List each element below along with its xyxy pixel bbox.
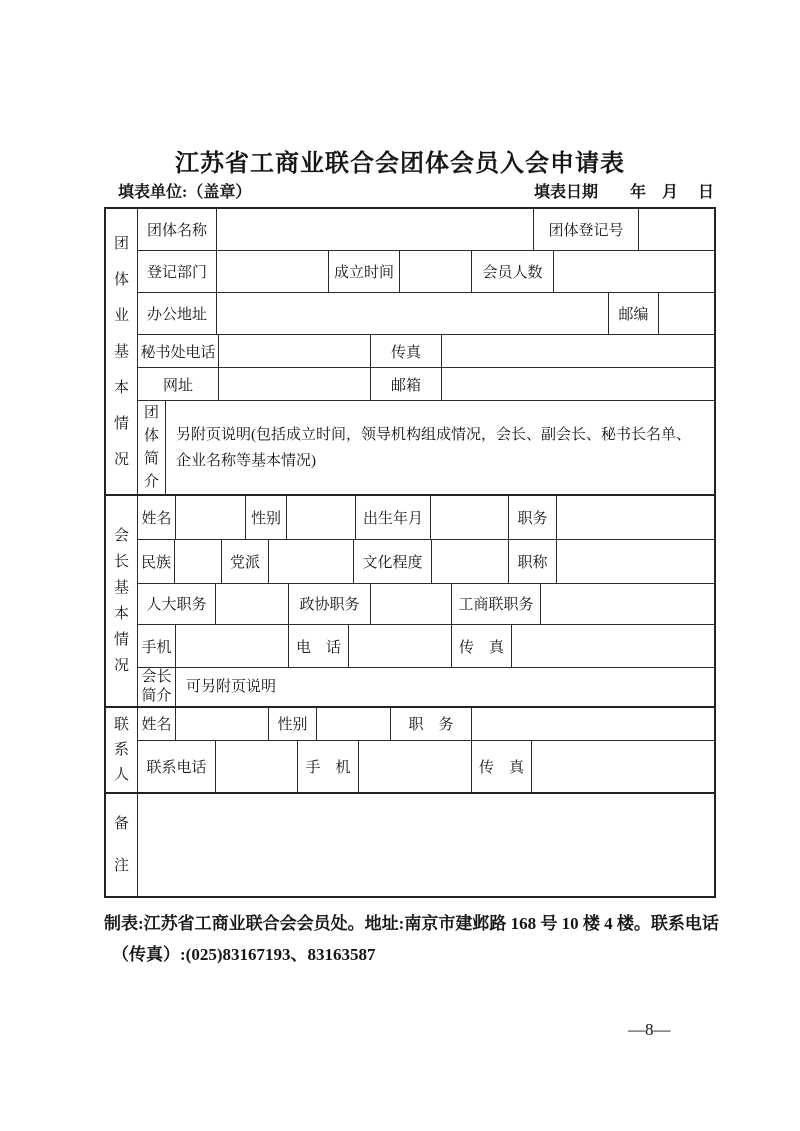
- label-president-name: 姓名: [138, 496, 176, 539]
- field-president-mobile[interactable]: [176, 625, 289, 667]
- document-page: 江苏省工商业联合会团体会员入会申请表 填表单位:（盖章） 填表日期 年 月 日 …: [0, 0, 800, 1131]
- label-president-mobile: 手机: [138, 625, 176, 667]
- label-contact-phone: 联系电话: [138, 741, 216, 792]
- table-row: 姓名 性别 职 务: [138, 708, 714, 741]
- field-contact-duty[interactable]: [472, 708, 714, 740]
- label-president-fax: 传 真: [452, 625, 512, 667]
- field-remarks[interactable]: [138, 794, 714, 896]
- fill-unit-label: 填表单位:（盖章）: [104, 179, 251, 202]
- table-row: 办公地址 邮编: [138, 293, 714, 335]
- field-education[interactable]: [432, 540, 509, 583]
- table-row: 团体名称 团体登记号: [138, 209, 714, 251]
- field-email[interactable]: [442, 368, 714, 400]
- section-label-remarks: 备注: [106, 794, 138, 896]
- field-birth-date[interactable]: [431, 496, 509, 539]
- field-fax[interactable]: [442, 335, 714, 367]
- label-birth-date: 出生年月: [356, 496, 431, 539]
- section-label-contact: 联系人: [106, 708, 138, 792]
- fill-date-label: 填表日期 年 月 日: [534, 179, 714, 202]
- field-reg-dept[interactable]: [217, 251, 329, 292]
- label-contact-duty: 职 务: [391, 708, 472, 740]
- label-postcode: 邮编: [609, 293, 659, 334]
- label-contact-fax: 传 真: [472, 741, 532, 792]
- label-group-intro: 团体简介: [138, 401, 166, 494]
- section-contact-person: 联系人 姓名 性别 职 务 联系电话 手 机 传 真: [106, 706, 714, 792]
- label-member-count: 会员人数: [472, 251, 554, 292]
- section-president-basic-info: 会长基本情况 姓名 性别 出生年月 职务 民族 党派: [106, 494, 714, 706]
- field-group-reg-no[interactable]: [639, 209, 714, 250]
- page-title: 江苏省工商业联合会团体会员入会申请表: [0, 143, 800, 178]
- label-ethnicity: 民族: [138, 540, 175, 583]
- field-contact-mobile[interactable]: [359, 741, 472, 792]
- footer-line-1: 制表:江苏省工商业联合会会员处。地址:南京市建邺路 168 号 10 楼 4 楼…: [104, 908, 764, 939]
- label-group-name: 团体名称: [138, 209, 217, 250]
- field-cppcc-duty[interactable]: [371, 584, 452, 624]
- page-number: —8—: [628, 1020, 671, 1040]
- field-party[interactable]: [269, 540, 354, 583]
- field-president-name[interactable]: [176, 496, 246, 539]
- label-website: 网址: [138, 368, 219, 400]
- section-label-group-basic: 团体业基本情况: [106, 209, 138, 494]
- label-office-address: 办公地址: [138, 293, 217, 334]
- field-president-fax[interactable]: [512, 625, 714, 667]
- field-contact-fax[interactable]: [532, 741, 714, 792]
- group-intro-note: 另附页说明(包括成立时间，领导机构组成情况，会长、副会长、秘书长名单、企业名称等…: [166, 401, 714, 494]
- section-group-basic-info: 团体业基本情况 团体名称 团体登记号 登记部门 成立时间 会员人数: [106, 209, 714, 494]
- field-president-phone[interactable]: [349, 625, 452, 667]
- field-npc-duty[interactable]: [216, 584, 289, 624]
- label-president-intro: 会长简介: [138, 668, 176, 706]
- field-contact-gender[interactable]: [317, 708, 391, 740]
- table-row: 民族 党派 文化程度 职称: [138, 540, 714, 584]
- label-education: 文化程度: [354, 540, 432, 583]
- form-footer: 制表:江苏省工商业联合会会员处。地址:南京市建邺路 168 号 10 楼 4 楼…: [104, 908, 764, 970]
- label-fax: 传真: [371, 335, 442, 367]
- label-npc-duty: 人大职务: [138, 584, 216, 624]
- field-member-count[interactable]: [554, 251, 714, 292]
- field-professional-title[interactable]: [557, 540, 714, 583]
- label-founding-time: 成立时间: [329, 251, 400, 292]
- table-row: 联系电话 手 机 传 真: [138, 741, 714, 792]
- label-contact-mobile: 手 机: [298, 741, 359, 792]
- president-intro-note: 可另附页说明: [176, 668, 714, 706]
- label-president-gender: 性别: [246, 496, 287, 539]
- table-row: 手机 电 话 传 真: [138, 625, 714, 668]
- field-ethnicity[interactable]: [175, 540, 222, 583]
- table-row: 会长简介 可另附页说明: [138, 668, 714, 706]
- form-subheader: 填表单位:（盖章） 填表日期 年 月 日: [104, 179, 714, 202]
- field-contact-name[interactable]: [176, 708, 269, 740]
- label-secretariat-phone: 秘书处电话: [138, 335, 219, 367]
- field-office-address[interactable]: [217, 293, 609, 334]
- label-president-phone: 电 话: [289, 625, 349, 667]
- section-label-president-basic: 会长基本情况: [106, 496, 138, 706]
- field-founding-time[interactable]: [400, 251, 472, 292]
- table-row: 秘书处电话 传真: [138, 335, 714, 368]
- field-group-name[interactable]: [217, 209, 534, 250]
- field-website[interactable]: [219, 368, 371, 400]
- section-remarks: 备注: [106, 792, 714, 896]
- label-email: 邮箱: [371, 368, 442, 400]
- table-row: 团体简介 另附页说明(包括成立时间，领导机构组成情况，会长、副会长、秘书长名单、…: [138, 401, 714, 494]
- application-table: 团体业基本情况 团体名称 团体登记号 登记部门 成立时间 会员人数: [104, 207, 716, 898]
- field-president-gender[interactable]: [287, 496, 356, 539]
- field-contact-phone[interactable]: [216, 741, 298, 792]
- label-contact-gender: 性别: [269, 708, 317, 740]
- label-acfic-duty: 工商联职务: [452, 584, 541, 624]
- table-row: [138, 794, 714, 896]
- field-acfic-duty[interactable]: [541, 584, 714, 624]
- label-party: 党派: [222, 540, 269, 583]
- label-group-reg-no: 团体登记号: [534, 209, 639, 250]
- table-row: 人大职务 政协职务 工商联职务: [138, 584, 714, 625]
- label-contact-name: 姓名: [138, 708, 176, 740]
- field-duty[interactable]: [557, 496, 714, 539]
- field-secretariat-phone[interactable]: [219, 335, 371, 367]
- footer-line-2: （传真）:(025)83167193、83163587: [104, 939, 764, 970]
- label-duty: 职务: [509, 496, 557, 539]
- field-postcode[interactable]: [659, 293, 714, 334]
- table-row: 网址 邮箱: [138, 368, 714, 401]
- table-row: 姓名 性别 出生年月 职务: [138, 496, 714, 540]
- label-cppcc-duty: 政协职务: [289, 584, 371, 624]
- label-professional-title: 职称: [509, 540, 557, 583]
- label-reg-dept: 登记部门: [138, 251, 217, 292]
- table-row: 登记部门 成立时间 会员人数: [138, 251, 714, 293]
